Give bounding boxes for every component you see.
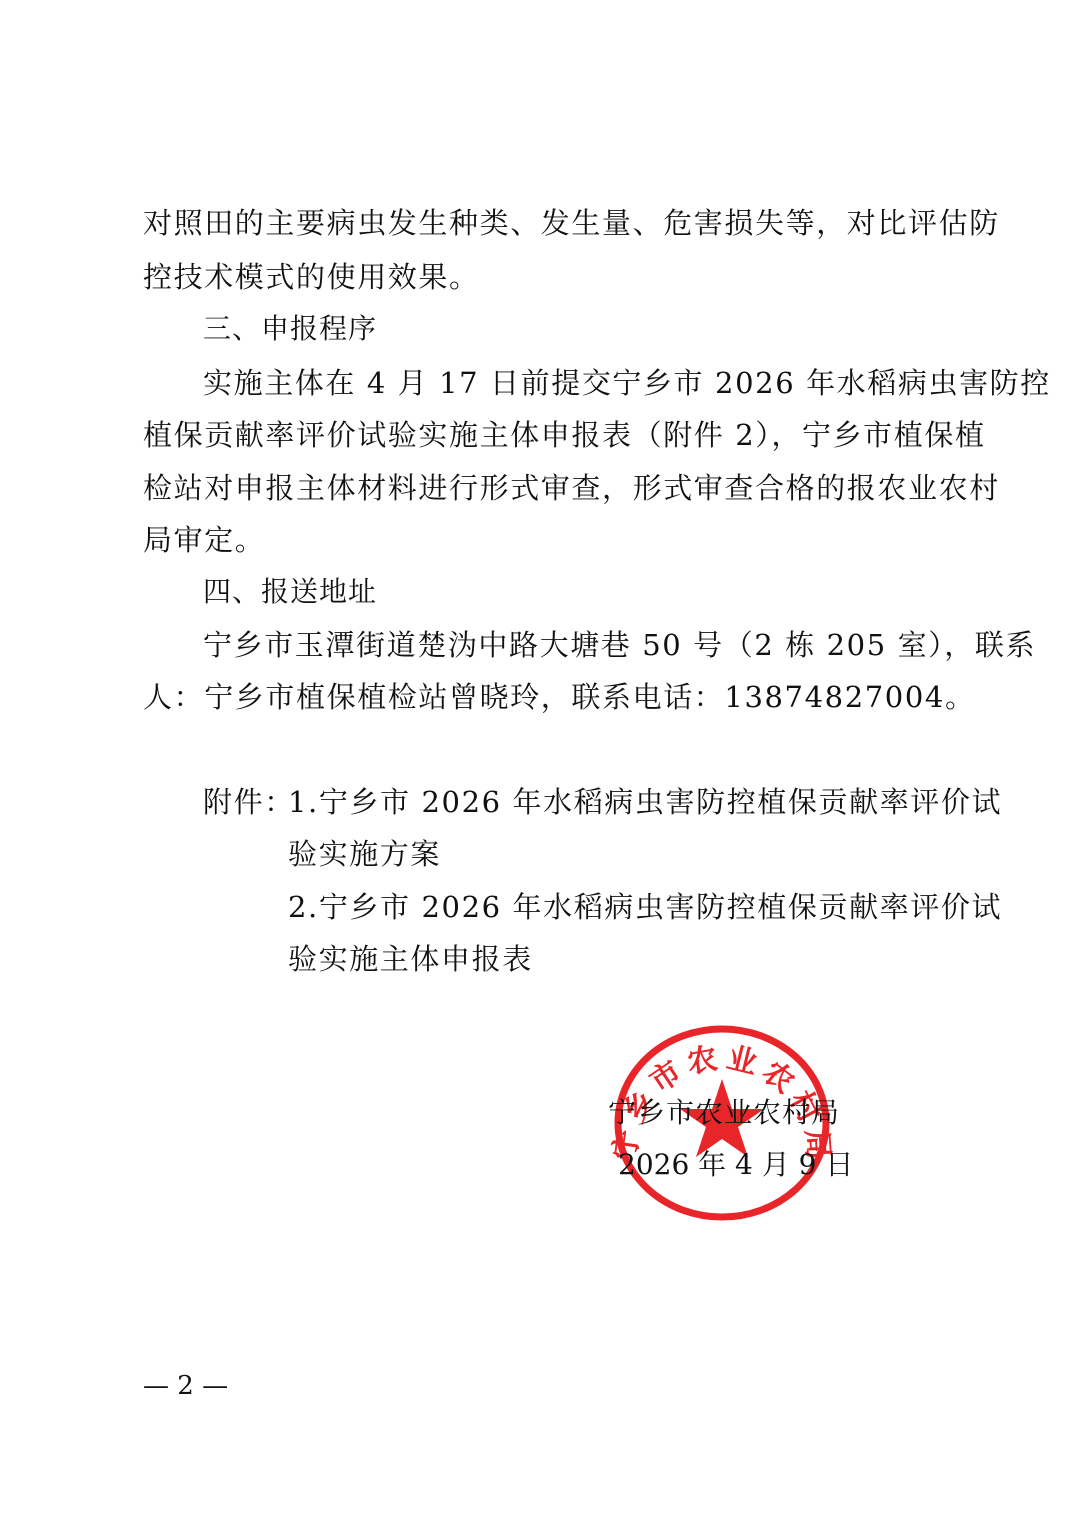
document-page: 对照田的主要病虫发生种类、发生量、危害损失等，对比评估防 控技术模式的使用效果。… xyxy=(0,0,1074,1520)
page-number: — 2 — xyxy=(143,1366,228,1406)
signing-organization: 宁乡市农业农村局 xyxy=(608,1093,840,1133)
body-text-line: 植保贡献率评价试验实施主体申报表（附件 2），宁乡市植保植 xyxy=(143,415,943,455)
body-text-line: 检站对申报主体材料进行形式审查，形式审查合格的报农业农村 xyxy=(143,468,943,508)
attachment-item-1-line2: 验实施方案 xyxy=(288,834,943,874)
signing-date: 2026 年 4 月 9 日 xyxy=(618,1145,853,1185)
attachments-label: 附件： xyxy=(203,782,293,822)
attachment-item-1-line1: 1.宁乡市 2026 年水稻病虫害防控植保贡献率评价试 xyxy=(288,782,943,822)
body-text-line: 对照田的主要病虫发生种类、发生量、危害损失等，对比评估防 xyxy=(143,203,943,243)
body-text-line: 控技术模式的使用效果。 xyxy=(143,257,943,297)
section-heading-application-procedure: 三、申报程序 xyxy=(203,309,943,349)
attachment-item-2-line2: 验实施主体申报表 xyxy=(288,939,943,979)
contact-line: 人：宁乡市植保植检站曾晓玲，联系电话：13874827004。 xyxy=(143,677,943,717)
section-heading-submission-address: 四、报送地址 xyxy=(203,572,943,612)
body-text-line: 实施主体在 4 月 17 日前提交宁乡市 2026 年水稻病虫害防控 xyxy=(203,363,943,403)
address-line: 宁乡市玉潭街道楚沩中路大塘巷 50 号（2 栋 205 室），联系 xyxy=(203,625,943,665)
attachment-item-2-line1: 2.宁乡市 2026 年水稻病虫害防控植保贡献率评价试 xyxy=(288,887,943,927)
body-text-line: 局审定。 xyxy=(143,520,943,560)
